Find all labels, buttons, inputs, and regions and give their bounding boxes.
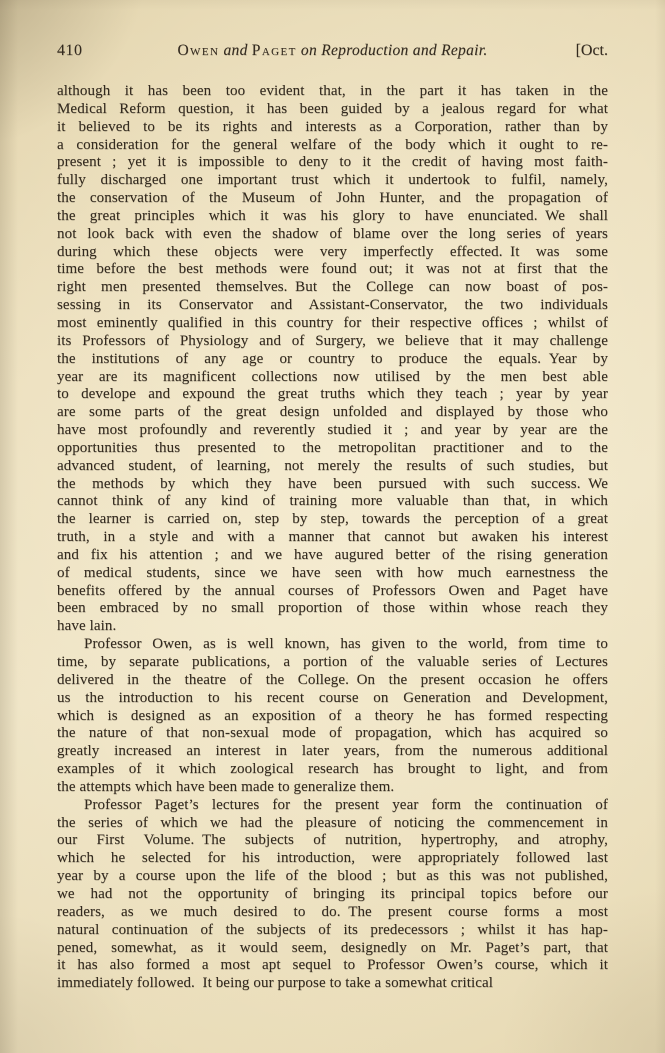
text-line: pened, somewhat, as it would seem, desig…	[57, 940, 608, 958]
text-line: the institutions of any age or country t…	[57, 351, 608, 369]
running-title-subject: on Reproduction and Repair.	[297, 42, 488, 59]
text-line: year by a course upon the life of the bl…	[57, 868, 608, 886]
paragraph: although it has been too evident that, i…	[57, 83, 608, 636]
text-line: not look back with even the shadow of bl…	[57, 226, 608, 244]
running-header: 410 Owen and Paget on Reproduction and R…	[57, 42, 608, 60]
text-line: our First Volume. The subjects of nutrit…	[57, 832, 608, 850]
text-line: and fix his attention ; and we have augu…	[57, 547, 608, 565]
text-line: sessing in its Conservator and Assistant…	[57, 297, 608, 315]
text-line: natural continuation of the subjects of …	[57, 922, 608, 940]
text-line: Professor Paget’s lectures for the prese…	[57, 797, 608, 815]
text-line: right men presented themselves. But the …	[57, 279, 608, 297]
text-line: the learner is carried on, step by step,…	[57, 511, 608, 529]
text-line: a consideration for the general welfare …	[57, 137, 608, 155]
text-line: the conservation of the Museum of John H…	[57, 190, 608, 208]
running-title-author-paget: Paget	[252, 42, 297, 59]
text-line: which he selected for his introduction, …	[57, 850, 608, 868]
text-line: the methods by which they have been purs…	[57, 476, 608, 494]
text-line: its Professors of Physiology and of Surg…	[57, 333, 608, 351]
book-page: 410 Owen and Paget on Reproduction and R…	[0, 0, 665, 1053]
text-line: advanced student, of learning, not merel…	[57, 458, 608, 476]
text-line: benefits offered by the annual courses o…	[57, 583, 608, 601]
article-text: although it has been too evident that, i…	[57, 83, 608, 993]
text-line: cannot think of any kind of training mor…	[57, 493, 608, 511]
text-line: are some parts of the great design unfol…	[57, 404, 608, 422]
text-line: the nature of that non-sexual mode of pr…	[57, 725, 608, 743]
text-line: examples of it which zoological research…	[57, 761, 608, 779]
text-line: greatly increased an interest in later y…	[57, 743, 608, 761]
text-line: to develope and expound the great truths…	[57, 386, 608, 404]
text-line: us the introduction to his recent course…	[57, 690, 608, 708]
paragraph: Professor Paget’s lectures for the prese…	[57, 797, 608, 993]
text-line: Medical Reform question, it has been gui…	[57, 101, 608, 119]
text-line: the attempts which have been made to gen…	[57, 779, 608, 797]
issue-month-label: [Oct.	[544, 42, 608, 60]
text-line: been embraced by no small proportion of …	[57, 600, 608, 618]
running-title-author-owen: Owen	[177, 42, 219, 59]
text-line: present ; yet it is impossible to deny t…	[57, 154, 608, 172]
text-line: it believed to be its rights and interes…	[57, 119, 608, 137]
text-line: we had not the opportunity of bringing i…	[57, 886, 608, 904]
text-line: the great principles which it was his gl…	[57, 208, 608, 226]
running-title-connector: and	[219, 42, 252, 59]
text-line: immediately followed. It being our purpo…	[57, 975, 608, 993]
text-line: year are its magnificent collections now…	[57, 369, 608, 387]
page-number: 410	[57, 42, 121, 60]
text-line: of medical students, since we have seen …	[57, 565, 608, 583]
text-line: have most profoundly and reverently stud…	[57, 422, 608, 440]
text-line: although it has been too evident that, i…	[57, 83, 608, 101]
text-line: time before the best methods were found …	[57, 261, 608, 279]
text-line: have lain.	[57, 618, 608, 636]
running-title: Owen and Paget on Reproduction and Repai…	[121, 42, 544, 60]
text-line: delivered in the theatre of the College.…	[57, 672, 608, 690]
text-line: fully discharged one important trust whi…	[57, 172, 608, 190]
text-line: Professor Owen, as is well known, has gi…	[57, 636, 608, 654]
text-line: during which these objects were very imp…	[57, 244, 608, 262]
paragraph: Professor Owen, as is well known, has gi…	[57, 636, 608, 797]
text-line: time, by separate publications, a portio…	[57, 654, 608, 672]
text-line: readers, as we much desired to do. The p…	[57, 904, 608, 922]
text-line: the series of which we had the pleasure …	[57, 815, 608, 833]
text-line: it has also formed a most apt sequel to …	[57, 957, 608, 975]
text-line: most eminently qualified in this country…	[57, 315, 608, 333]
text-line: which is designed as an exposition of a …	[57, 708, 608, 726]
text-line: truth, in a style and with a manner that…	[57, 529, 608, 547]
text-line: opportunities thus presented to the metr…	[57, 440, 608, 458]
